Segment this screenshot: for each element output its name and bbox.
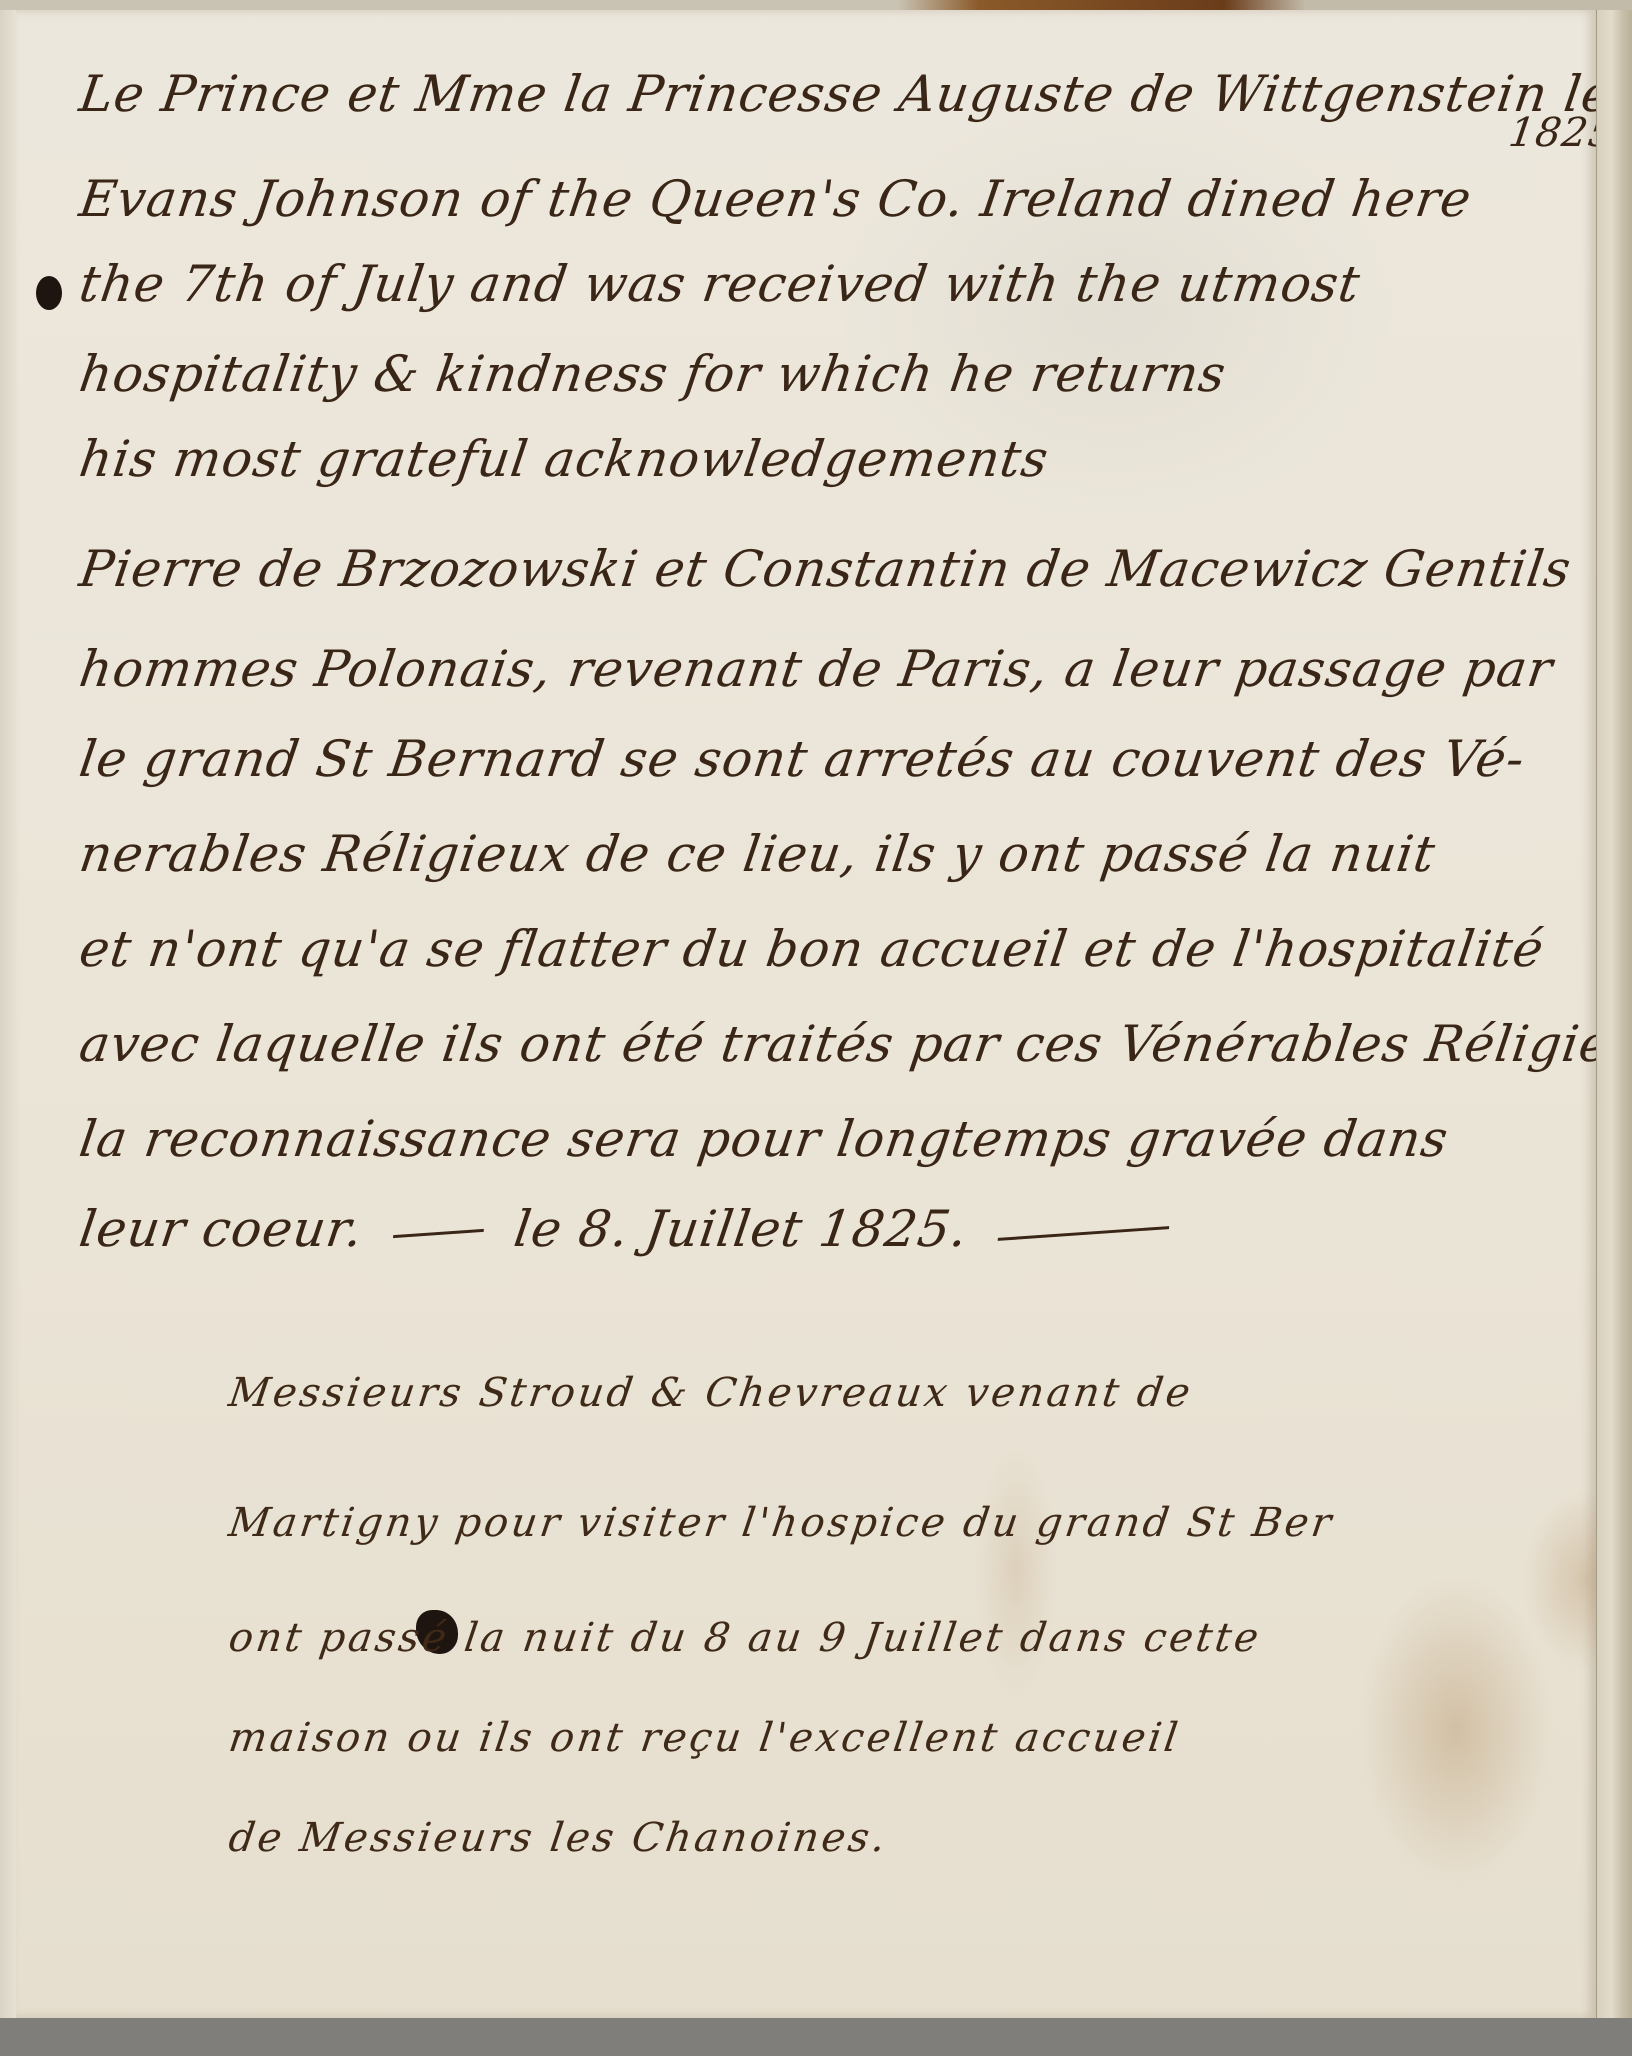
- text-line: his most grateful acknowledgements: [76, 430, 1052, 488]
- text-line: le grand St Bernard se sont arretés au c…: [76, 730, 1529, 788]
- text-line: the 7th of July and was received with th…: [76, 255, 1364, 313]
- book-top-edge: [0, 0, 1632, 10]
- text-line: ont passé la nuit du 8 au 9 Juillet dans…: [226, 1615, 1264, 1661]
- text-line: Evans Johnson of the Queen's Co. Ireland…: [76, 170, 1475, 228]
- scan-background: [0, 2018, 1632, 2056]
- facing-page-edge: [0, 10, 17, 2056]
- text-line: maison ou ils ont reçu l'excellent accue…: [226, 1715, 1183, 1761]
- manuscript-scan: Le Prince et Mme la Princesse Auguste de…: [0, 0, 1632, 2056]
- entry-date: le 8. Juillet 1825.: [511, 1200, 972, 1258]
- text-line: hospitality & kindness for which he retu…: [76, 345, 1230, 403]
- text-line: nerables Réligieux de ce lieu, ils y ont…: [76, 825, 1439, 883]
- text-line: avec laquelle ils ont été traités par ce…: [76, 1015, 1632, 1073]
- text-line: hommes Polonais, revenant de Paris, a le…: [76, 640, 1557, 698]
- text-line: Messieurs Stroud & Chevreaux venant de: [226, 1370, 1196, 1416]
- text-line: Le Prince et Mme la Princesse Auguste de…: [76, 65, 1632, 123]
- text-line-with-date: leur coeur. le 8. Juillet 1825.: [76, 1200, 1187, 1258]
- page-stack-edge: [1596, 10, 1632, 2018]
- text-line: Martigny pour visiter l'hospice du grand…: [226, 1500, 1337, 1546]
- text-line: et n'ont qu'a se flatter du bon accueil …: [76, 920, 1548, 978]
- text-line: leur coeur.: [76, 1200, 367, 1258]
- text-line: de Messieurs les Chanoines.: [226, 1815, 891, 1861]
- dash-rule: [997, 1226, 1168, 1241]
- margin-ink-blot: [36, 276, 62, 310]
- manuscript-page: Le Prince et Mme la Princesse Auguste de…: [16, 10, 1596, 2018]
- text-line: Pierre de Brzozowski et Constantin de Ma…: [76, 540, 1575, 598]
- dash-rule: [393, 1228, 484, 1237]
- text-line: la reconnaissance sera pour longtemps gr…: [76, 1110, 1452, 1168]
